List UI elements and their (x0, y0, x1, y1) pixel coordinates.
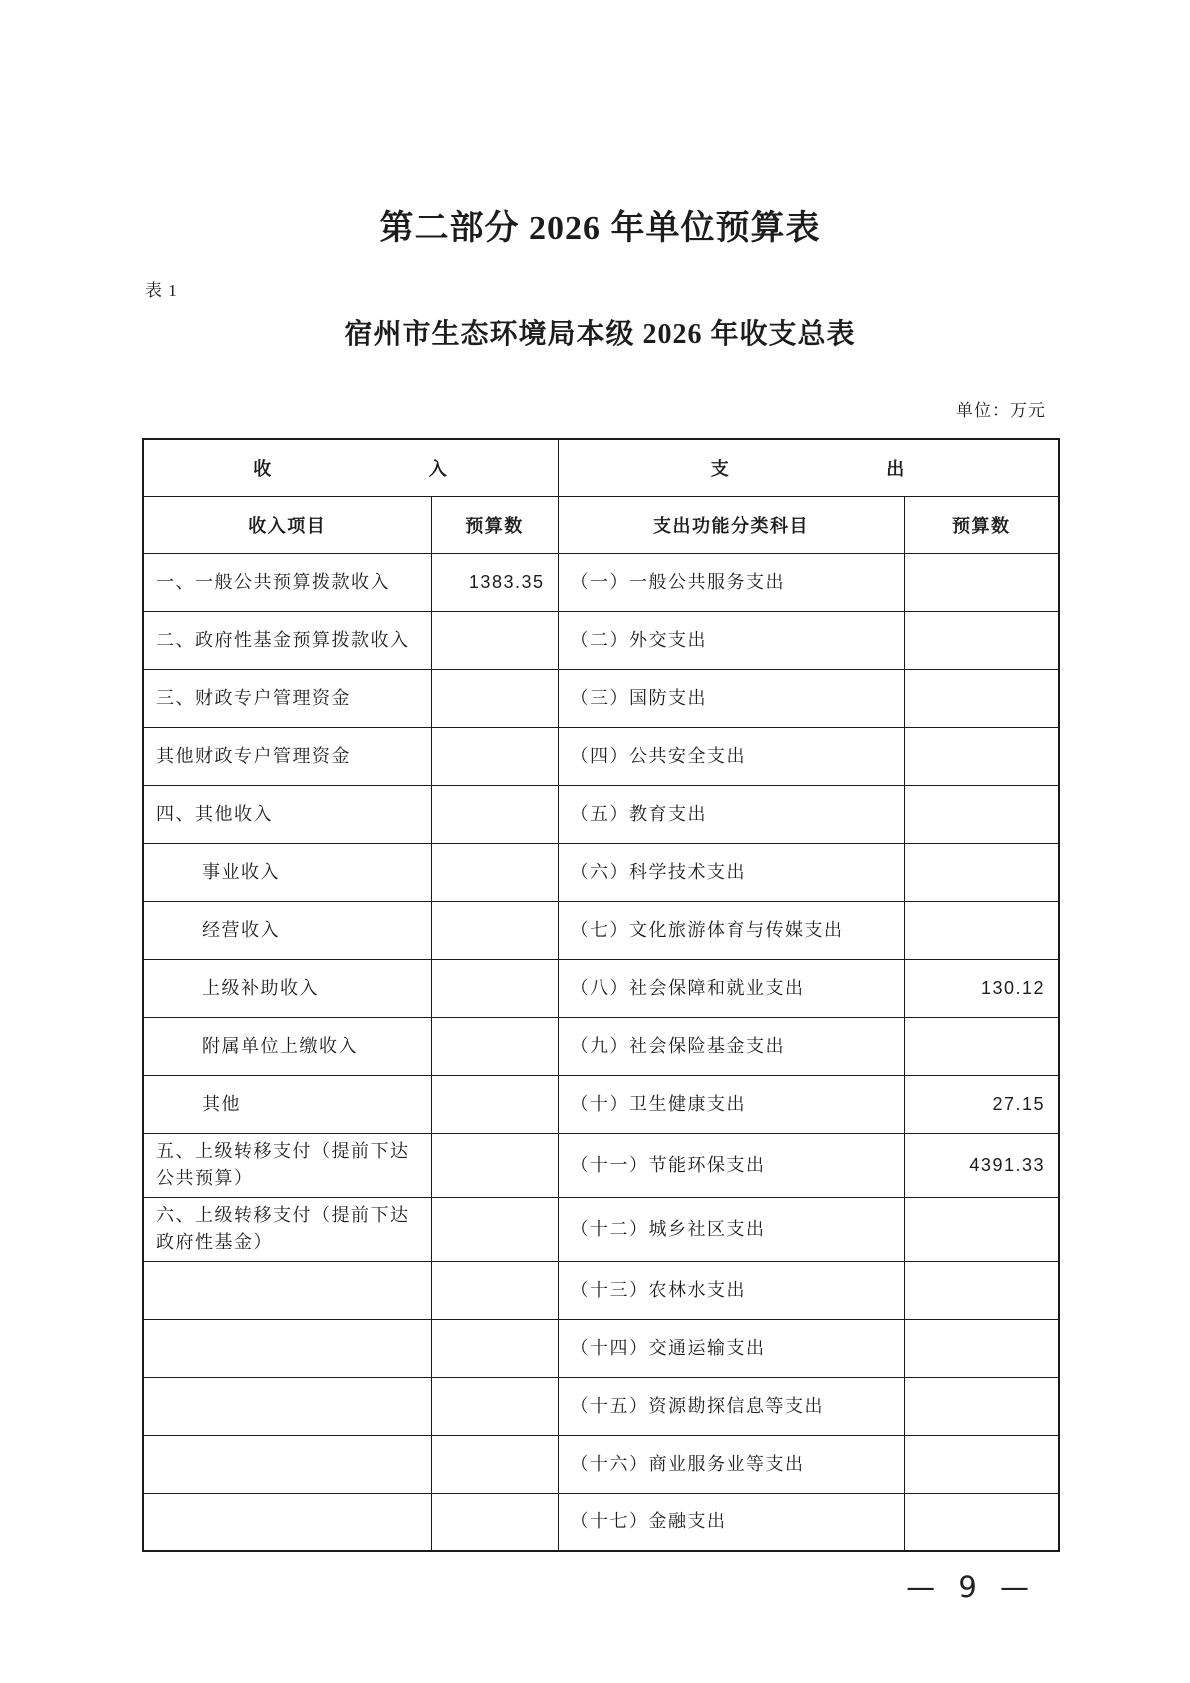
expense-item-cell: （十一）节能环保支出 (558, 1133, 904, 1197)
table-title: 宿州市生态环境局本级 2026 年收支总表 (142, 312, 1058, 352)
table-row: 六、上级转移支付（提前下达 政府性基金） （十二）城乡社区支出 (143, 1197, 1059, 1261)
table-row: 二、政府性基金预算拨款收入 （二）外交支出 (143, 611, 1059, 669)
expense-item-cell: （六）科学技术支出 (558, 843, 904, 901)
income-budget-column-header: 预算数 (431, 496, 558, 553)
income-item-cell: 附属单位上缴收入 (143, 1017, 431, 1075)
expense-item-cell: （十）卫生健康支出 (558, 1075, 904, 1133)
income-item-cell: 三、财政专户管理资金 (143, 669, 431, 727)
unit-note: 单位：万元 (142, 396, 1058, 421)
table-label: 表 1 (145, 276, 178, 301)
income-item-cell: 五、上级转移支付（提前下达 公共预算） (143, 1133, 431, 1197)
expense-item-cell: （五）教育支出 (558, 785, 904, 843)
expense-item-cell: （十二）城乡社区支出 (558, 1197, 904, 1261)
expense-item-cell: （十七）金融支出 (558, 1493, 904, 1551)
expense-budget-cell (904, 1261, 1059, 1319)
table-body: 一、一般公共预算拨款收入 1383.35 （一）一般公共服务支出 二、政府性基金… (143, 553, 1059, 1551)
table-header: 收 入 支 出 收入项目 预算数 支出功能分类科目 预算数 (143, 439, 1059, 553)
income-budget-cell (431, 1197, 558, 1261)
section-header-row: 收 入 支 出 (143, 439, 1059, 496)
expense-budget-cell (904, 1197, 1059, 1261)
table-row: （十七）金融支出 (143, 1493, 1059, 1551)
expense-item-cell: （九）社会保险基金支出 (558, 1017, 904, 1075)
table-row: 四、其他收入 （五）教育支出 (143, 785, 1059, 843)
page-title: 第二部分 2026 年单位预算表 (142, 200, 1058, 249)
table-row: 其他财政专户管理资金 （四）公共安全支出 (143, 727, 1059, 785)
income-item-cell: 六、上级转移支付（提前下达 政府性基金） (143, 1197, 431, 1261)
income-item-cell: 上级补助收入 (143, 959, 431, 1017)
expense-item-cell: （四）公共安全支出 (558, 727, 904, 785)
expense-budget-cell (904, 901, 1059, 959)
income-item-cell: 一、一般公共预算拨款收入 (143, 553, 431, 611)
income-item-cell (143, 1319, 431, 1377)
expense-item-column-header: 支出功能分类科目 (558, 496, 904, 553)
income-budget-cell (431, 785, 558, 843)
table-row: 三、财政专户管理资金 （三）国防支出 (143, 669, 1059, 727)
table-row: 上级补助收入 （八）社会保障和就业支出 130.12 (143, 959, 1059, 1017)
income-budget-cell (431, 1493, 558, 1551)
income-item-cell (143, 1261, 431, 1319)
income-item-cell (143, 1435, 431, 1493)
expense-budget-column-header: 预算数 (904, 496, 1059, 553)
table-row: 一、一般公共预算拨款收入 1383.35 （一）一般公共服务支出 (143, 553, 1059, 611)
expense-item-cell: （三）国防支出 (558, 669, 904, 727)
table-row: 其他 （十）卫生健康支出 27.15 (143, 1075, 1059, 1133)
expense-budget-cell: 4391.33 (904, 1133, 1059, 1197)
income-budget-cell (431, 1435, 558, 1493)
expense-budget-cell (904, 611, 1059, 669)
expense-budget-cell (904, 553, 1059, 611)
income-item-cell: 经营收入 (143, 901, 431, 959)
expense-item-cell: （七）文化旅游体育与传媒支出 (558, 901, 904, 959)
income-budget-cell: 1383.35 (431, 553, 558, 611)
income-budget-cell (431, 1075, 558, 1133)
page-number: — 9 — (142, 1570, 1058, 1604)
table-row: （十三）农林水支出 (143, 1261, 1059, 1319)
income-item-cell (143, 1377, 431, 1435)
table-row: （十六）商业服务业等支出 (143, 1435, 1059, 1493)
expense-budget-cell: 130.12 (904, 959, 1059, 1017)
budget-summary-table: 收 入 支 出 收入项目 预算数 支出功能分类科目 预算数 一、一般公共预算拨款… (142, 438, 1060, 1552)
table-row: 附属单位上缴收入 （九）社会保险基金支出 (143, 1017, 1059, 1075)
expense-section-header: 支 出 (558, 439, 1059, 496)
income-budget-cell (431, 727, 558, 785)
income-budget-cell (431, 959, 558, 1017)
expense-budget-cell: 27.15 (904, 1075, 1059, 1133)
expense-item-cell: （二）外交支出 (558, 611, 904, 669)
income-budget-cell (431, 901, 558, 959)
table-row: （十四）交通运输支出 (143, 1319, 1059, 1377)
table-row: 五、上级转移支付（提前下达 公共预算） （十一）节能环保支出 4391.33 (143, 1133, 1059, 1197)
column-header-row: 收入项目 预算数 支出功能分类科目 预算数 (143, 496, 1059, 553)
income-budget-cell (431, 1133, 558, 1197)
expense-budget-cell (904, 669, 1059, 727)
expense-item-cell: （十五）资源勘探信息等支出 (558, 1377, 904, 1435)
expense-budget-cell (904, 1377, 1059, 1435)
table-row: 经营收入 （七）文化旅游体育与传媒支出 (143, 901, 1059, 959)
income-budget-cell (431, 1261, 558, 1319)
expense-item-cell: （十六）商业服务业等支出 (558, 1435, 904, 1493)
income-budget-cell (431, 611, 558, 669)
expense-budget-cell (904, 1493, 1059, 1551)
expense-item-cell: （八）社会保障和就业支出 (558, 959, 904, 1017)
expense-budget-cell (904, 727, 1059, 785)
expense-budget-cell (904, 843, 1059, 901)
income-item-cell (143, 1493, 431, 1551)
table-row: 事业收入 （六）科学技术支出 (143, 843, 1059, 901)
expense-budget-cell (904, 1319, 1059, 1377)
table-row: （十五）资源勘探信息等支出 (143, 1377, 1059, 1435)
income-item-cell: 其他 (143, 1075, 431, 1133)
expense-budget-cell (904, 785, 1059, 843)
income-item-cell: 二、政府性基金预算拨款收入 (143, 611, 431, 669)
income-budget-cell (431, 669, 558, 727)
expense-budget-cell (904, 1435, 1059, 1493)
expense-item-cell: （十三）农林水支出 (558, 1261, 904, 1319)
income-budget-cell (431, 1319, 558, 1377)
income-item-cell: 其他财政专户管理资金 (143, 727, 431, 785)
income-budget-cell (431, 843, 558, 901)
income-section-header: 收 入 (143, 439, 558, 496)
expense-item-cell: （十四）交通运输支出 (558, 1319, 904, 1377)
income-budget-cell (431, 1377, 558, 1435)
income-budget-cell (431, 1017, 558, 1075)
expense-budget-cell (904, 1017, 1059, 1075)
expense-item-cell: （一）一般公共服务支出 (558, 553, 904, 611)
income-item-column-header: 收入项目 (143, 496, 431, 553)
income-item-cell: 事业收入 (143, 843, 431, 901)
income-item-cell: 四、其他收入 (143, 785, 431, 843)
